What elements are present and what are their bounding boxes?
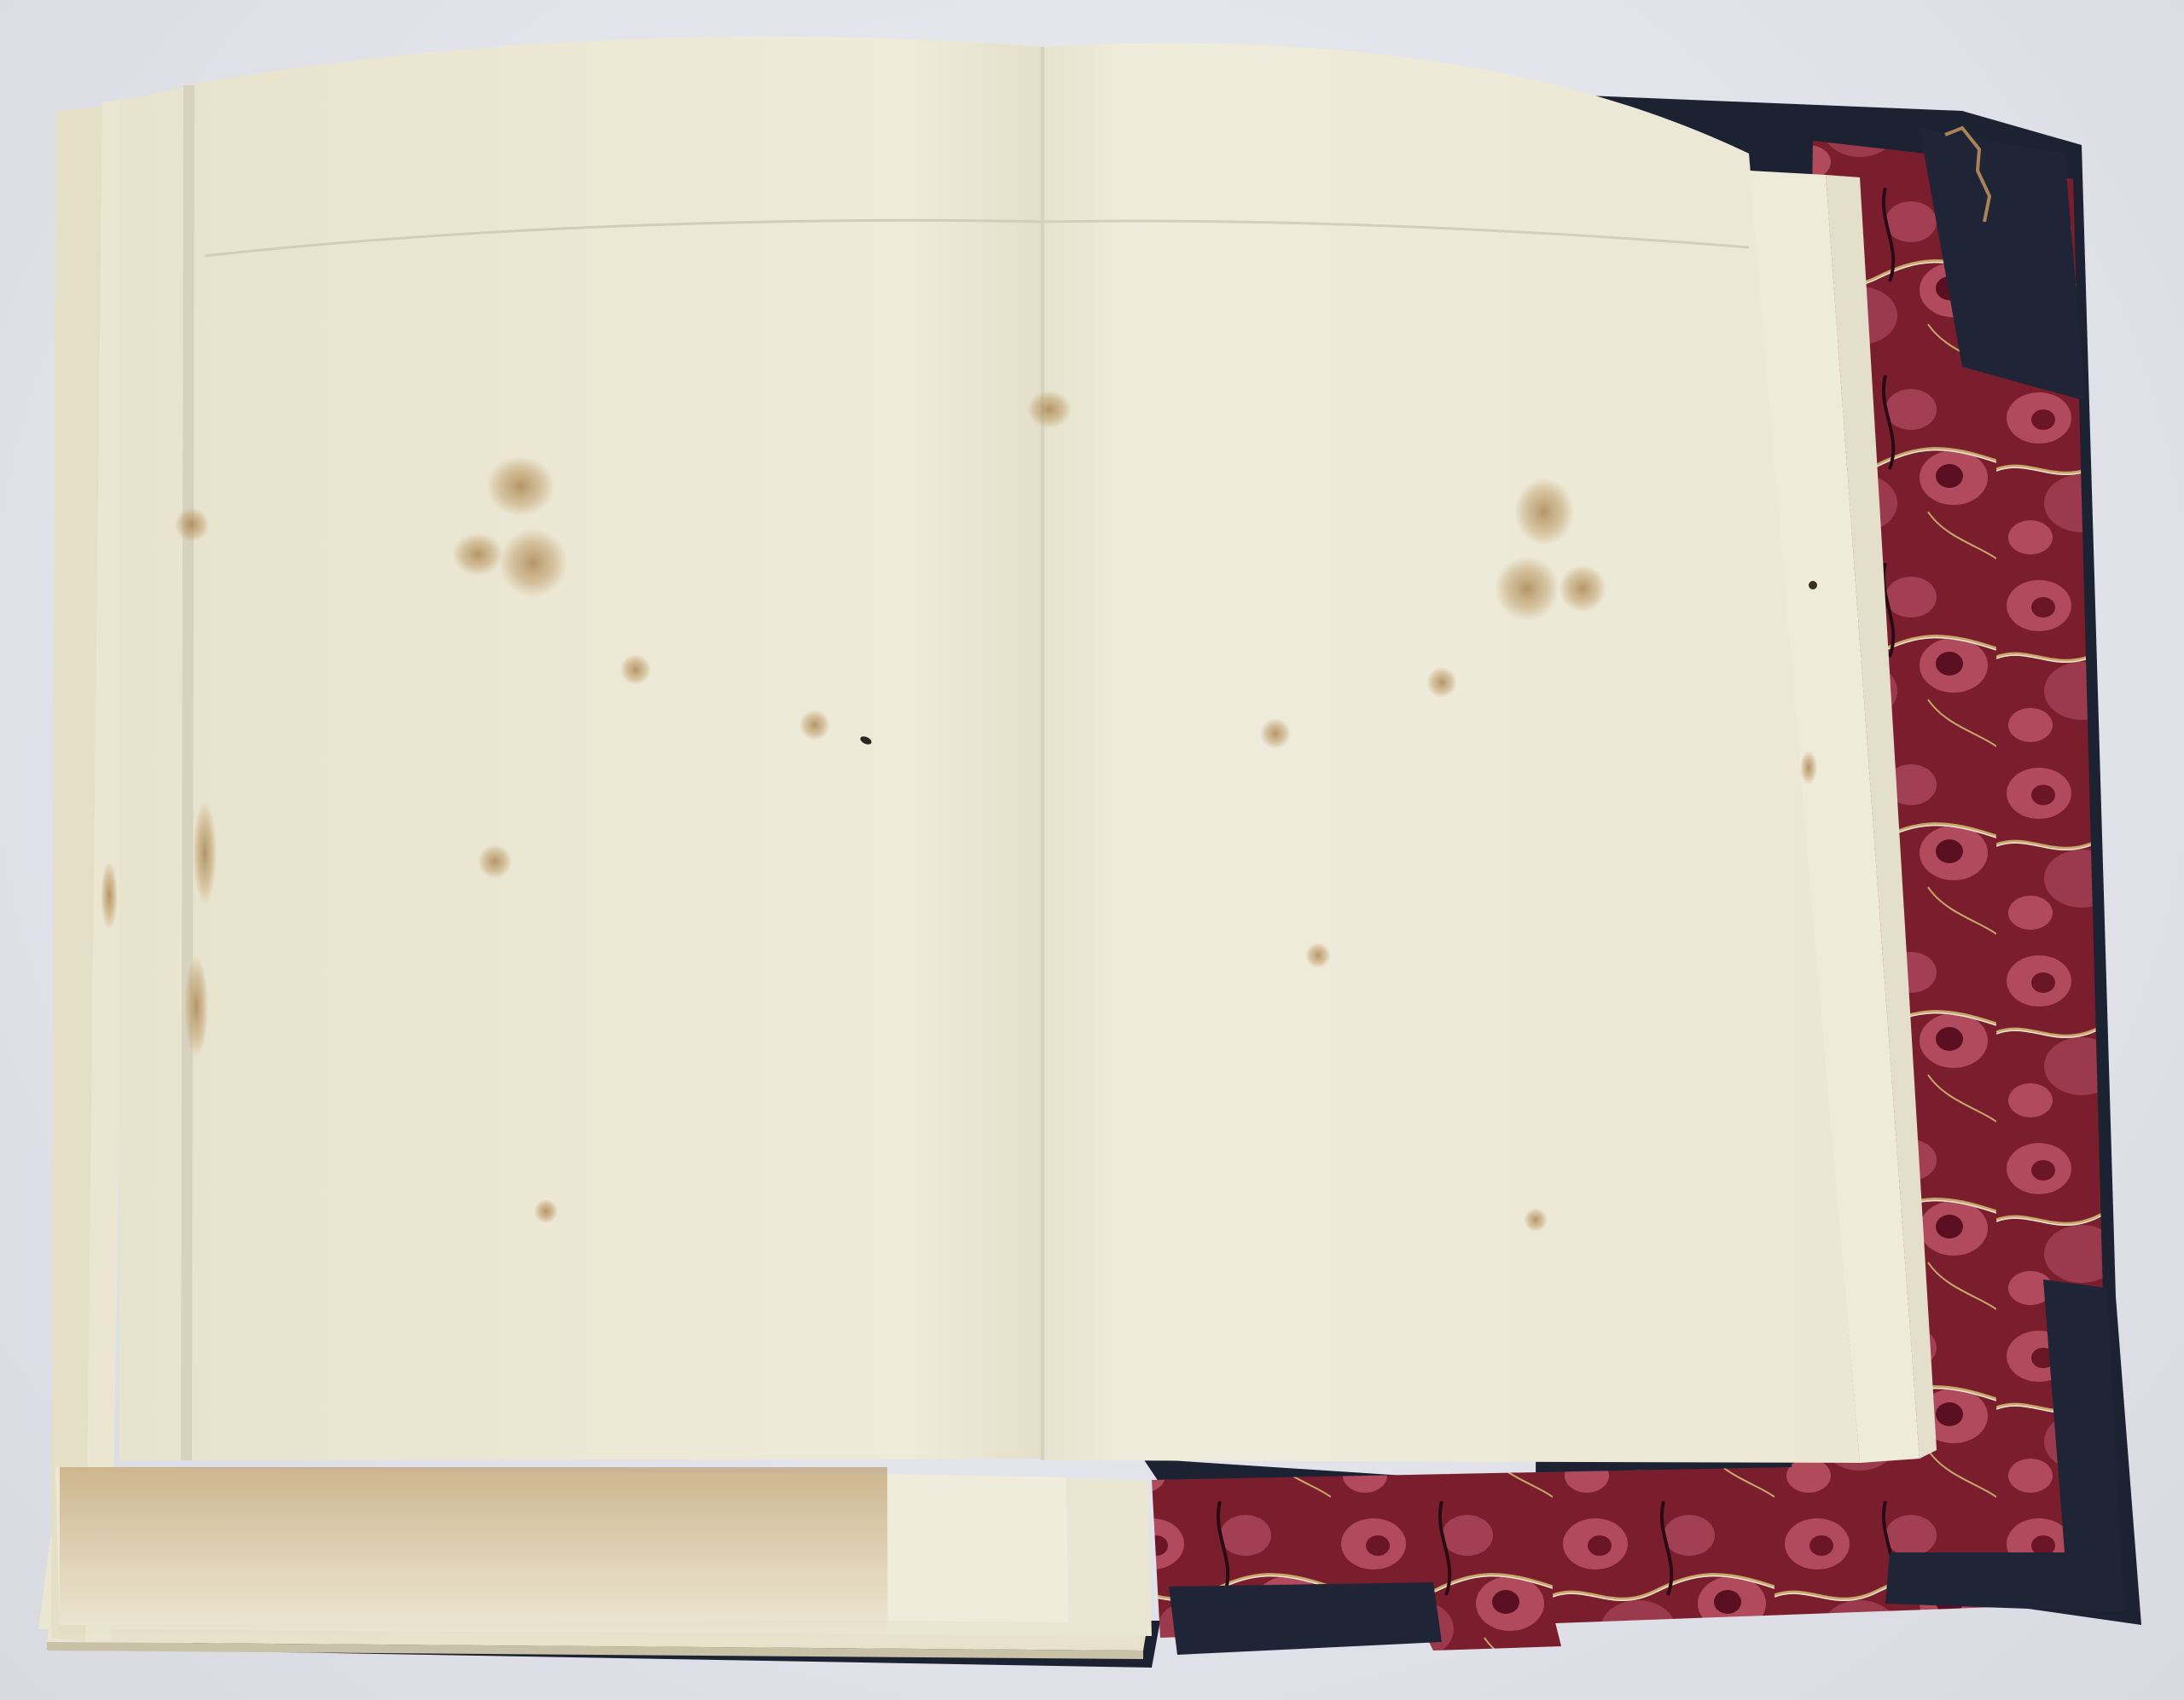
- blank-left-page: [119, 37, 1043, 1460]
- antique-book: [0, 0, 2184, 1700]
- blank-right-page: [1043, 44, 1937, 1463]
- photo-scene: Overhead photograph of an antique book l…: [0, 0, 2184, 1700]
- foxed-lower-leaf: [55, 1467, 1068, 1638]
